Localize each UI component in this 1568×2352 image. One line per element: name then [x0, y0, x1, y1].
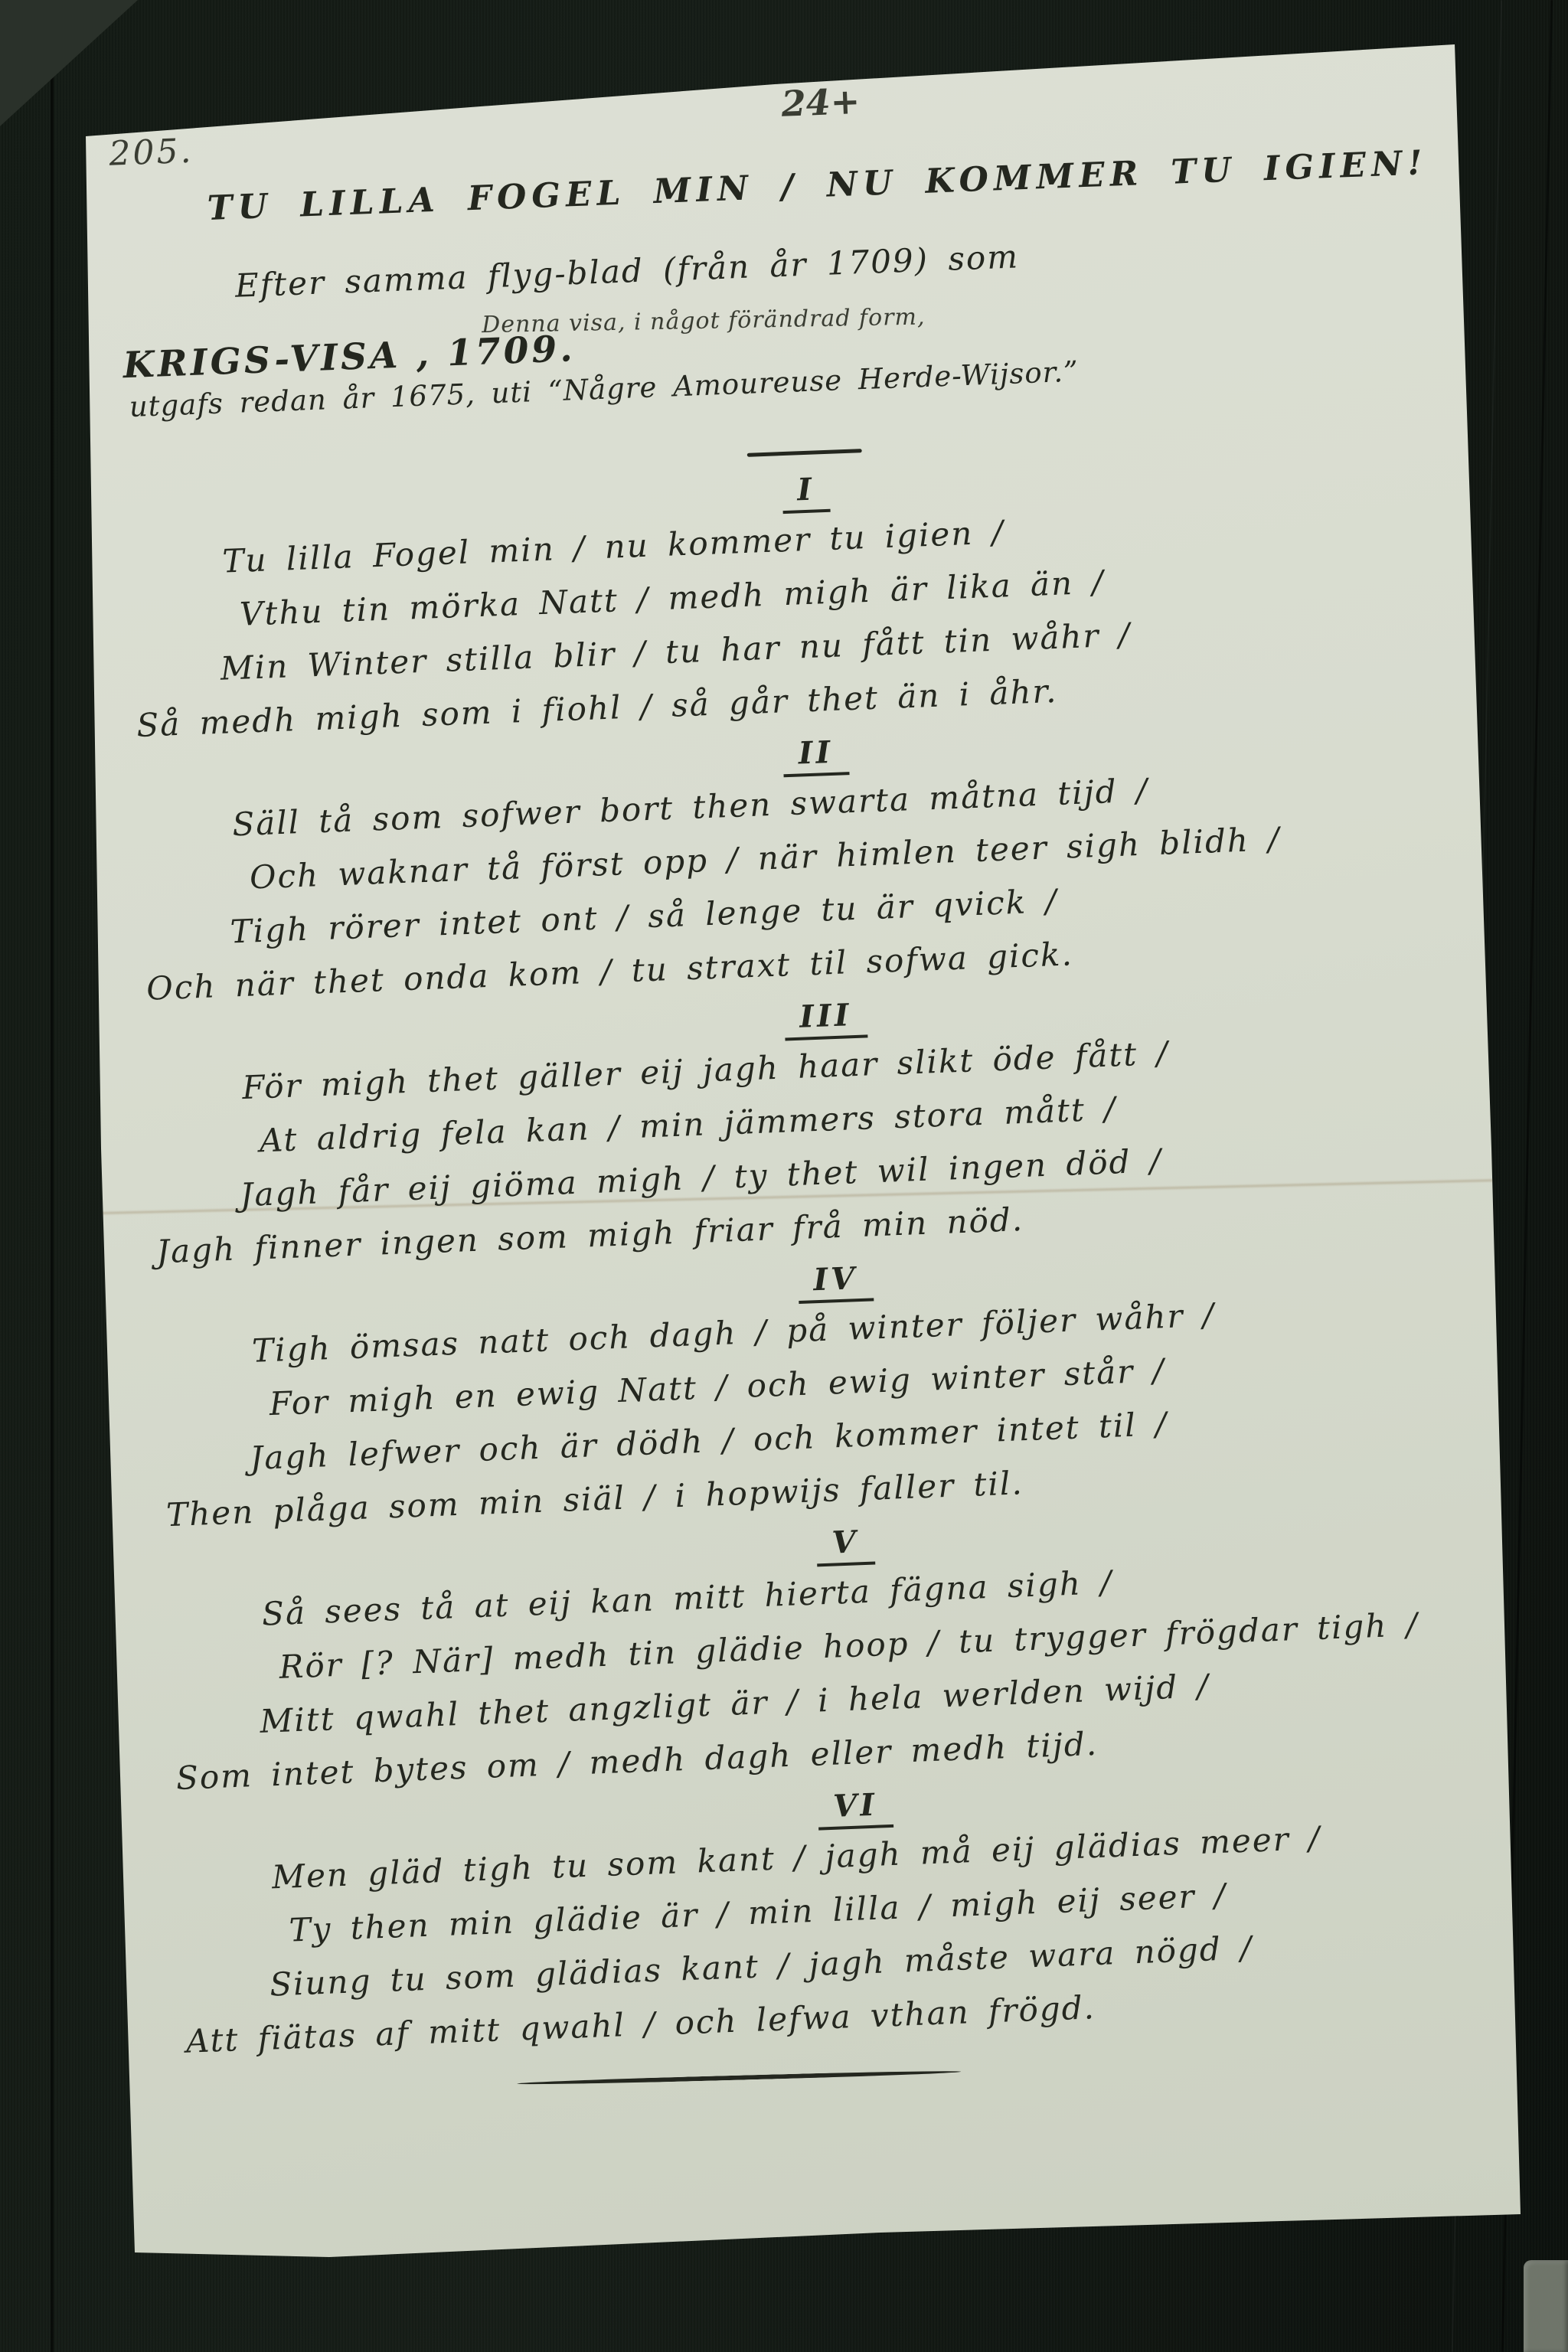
stanza-4: IV Tigh ömsas natt och dagh / på winter … [158, 1234, 1521, 1542]
stanza-3: III För migh thet gäller eij jagh haar s… [148, 971, 1511, 1279]
poem-body: I Tu lilla Fogel min / nu kommer tu igie… [128, 445, 1542, 2101]
stanza-1: I Tu lilla Fogel min / nu kommer tu igie… [128, 445, 1491, 753]
page-number: 24+ [781, 80, 861, 125]
manuscript-content: 205. 24+ TU LILLA FOGEL MIN / NU KOMMER … [114, 64, 1548, 2241]
stanza-6: VI Men gläd tigh tu som kant / jagh må e… [178, 1761, 1541, 2069]
binding-gutter-line [51, 0, 54, 2352]
folio-number: 205. [109, 132, 194, 174]
intro-note: Efter samma flyg-blad (från år 1709) som… [119, 220, 1481, 453]
divider-rule [747, 449, 862, 457]
paper-sheet: 205. 24+ TU LILLA FOGEL MIN / NU KOMMER … [0, 0, 1568, 2352]
poem-title: TU LILLA FOGEL MIN / NU KOMMER TU IGIEN! [162, 142, 1472, 230]
tape-fragment [1524, 2260, 1568, 2352]
closing-flourish [517, 2069, 961, 2086]
stanza-2: II Säll tå som sofwer bort then swarta m… [138, 708, 1501, 1016]
intro-inserted-note: Denna visa, i något förändrad form, [482, 304, 926, 339]
stanza-5: V Så sees tå at eij kan mitt hierta fägn… [168, 1498, 1531, 1805]
intro-line-1: Efter samma flyg-blad (från år 1709) som [234, 237, 1020, 304]
